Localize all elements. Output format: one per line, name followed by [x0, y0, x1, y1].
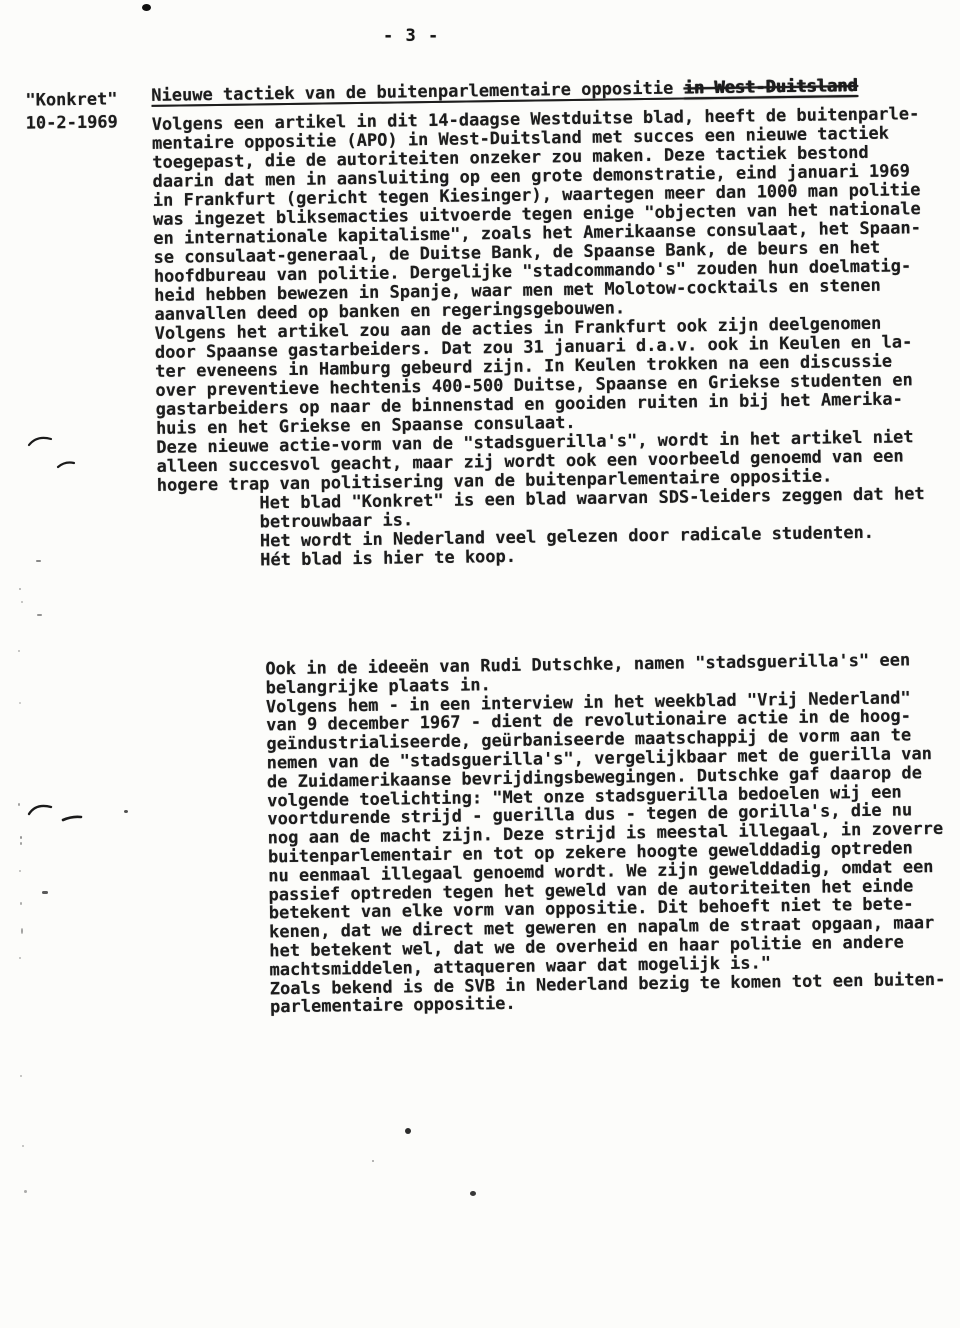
source-date: 10-2-1969	[26, 111, 118, 135]
margin-pen-stroke	[56, 458, 76, 470]
ink-speck	[21, 601, 23, 603]
ink-speck	[18, 650, 20, 652]
ink-speck	[470, 1191, 476, 1196]
ink-speck	[37, 614, 42, 616]
article-dutschke-section: Ook in de ideeën van Rudi Dutschke, name…	[265, 651, 945, 1018]
document-page: - 3 - "Konkret" 10-2-1969 Nieuwe tactiek…	[0, 0, 960, 1328]
margin-pen-stroke	[27, 432, 53, 448]
ink-speck	[36, 560, 41, 562]
article-title: Nieuwe tactiek van de buitenparlementair…	[151, 76, 857, 106]
ink-speck	[18, 803, 20, 806]
ink-speck	[405, 1128, 411, 1134]
article-title-main: Nieuwe tactiek van de buitenparlementair…	[151, 78, 683, 105]
ink-speck	[19, 957, 21, 959]
typed-content: "Konkret" 10-2-1969 Nieuwe tactiek van d…	[0, 0, 960, 1328]
ink-speck	[19, 702, 21, 704]
margin-pen-stroke	[61, 813, 83, 823]
article-body: Volgens een artikel in dit 14-daagse Wes…	[152, 105, 926, 572]
source-block: "Konkret" 10-2-1969	[25, 88, 118, 135]
ink-speck	[124, 810, 128, 813]
ink-speck	[20, 842, 22, 845]
ink-speck	[19, 870, 21, 872]
ink-speck	[372, 1160, 374, 1162]
ink-speck	[19, 588, 21, 590]
ink-speck	[42, 891, 48, 894]
ink-speck	[20, 1075, 22, 1077]
ink-speck	[22, 1145, 24, 1147]
ink-speck	[20, 836, 22, 839]
source-name: "Konkret"	[25, 88, 117, 112]
margin-pen-stroke	[27, 801, 53, 817]
ink-speck	[24, 1190, 27, 1193]
ink-speck	[21, 928, 23, 934]
article-title-struck-text: in West-Duitsland	[683, 76, 857, 98]
ink-speck	[20, 902, 22, 905]
